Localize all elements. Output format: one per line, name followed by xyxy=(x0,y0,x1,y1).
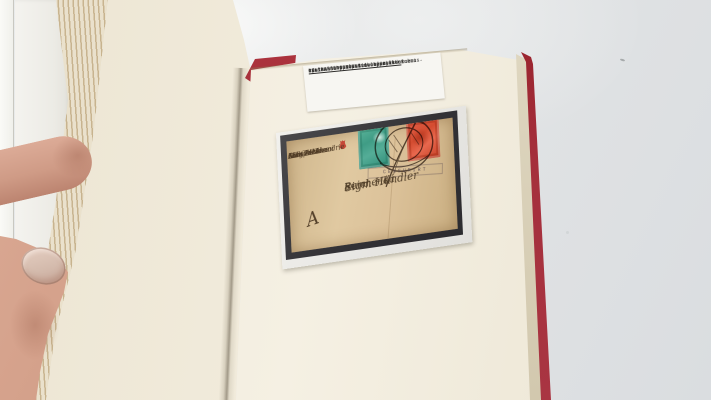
message-line: Abigers xyxy=(288,148,314,162)
postcard: CENSURIRT Miss Mackandrie care & Mess Ca… xyxy=(286,118,457,253)
album-photo: CELINA S POŠTOVNÍ Ce-nzurovkou Po skonče… xyxy=(0,0,711,400)
flourish-mark: A xyxy=(296,204,329,235)
postcard-mount-mat: CENSURIRT Miss Mackandrie care & Mess Ca… xyxy=(276,106,472,270)
thumb-knuckle-shading xyxy=(10,290,60,360)
message-block: Miss Mackandrie care & Mess Campbell Sal… xyxy=(288,142,347,153)
wall-speck xyxy=(566,231,569,234)
